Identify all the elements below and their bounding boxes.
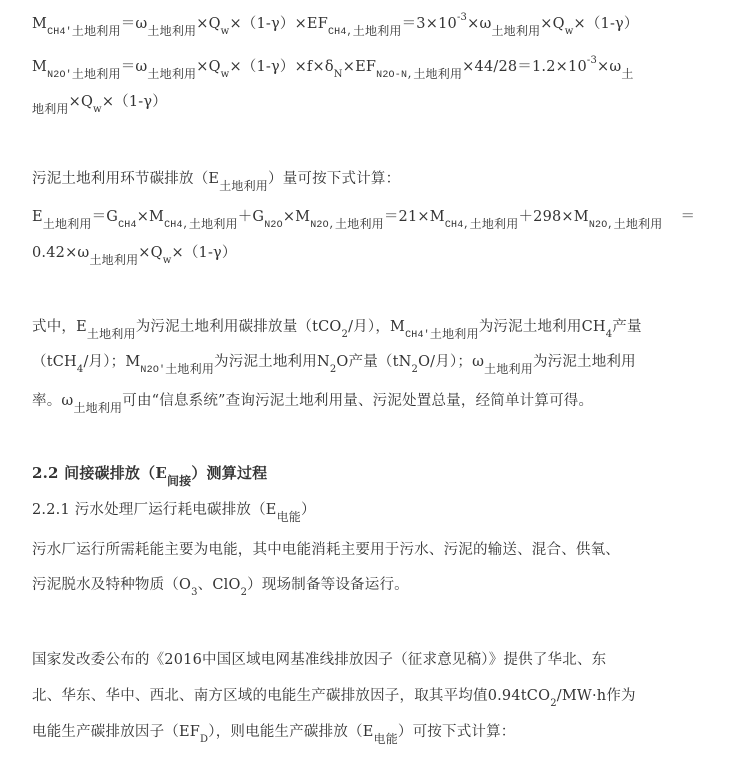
subscript: 土地利用: [189, 217, 238, 231]
paragraph-grid-factor-line-2: 北、华东、华中、西北、南方区域的电能生产碳排放因子，取其平均值0.94tCO2/…: [32, 686, 636, 706]
subscript: CH4: [118, 220, 137, 231]
subscript: N2O′: [140, 365, 165, 376]
text: ×（1-γ）: [573, 16, 638, 32]
text: ×（1-γ）×f×δ: [229, 59, 333, 75]
text: （tCH: [32, 354, 77, 370]
explanation-line-3: 率。ω土地利用可由“信息系统”查询污泥土地利用量、污泥处置总量，经简单计算可得。: [32, 391, 593, 411]
text: ×44/28＝1.2×10: [462, 59, 587, 75]
intro-land-use-emission: 污泥土地利用环节碳排放（E土地利用）量可按下式计算：: [32, 169, 400, 189]
subscript: 土地利用: [491, 24, 540, 38]
subscript: 土地利用: [87, 327, 136, 341]
text: ＝21×M: [384, 209, 445, 225]
text: 污泥脱水及特种物质（O: [32, 577, 191, 593]
subscript: 土地利用: [73, 401, 122, 415]
heading-text: 2.2 间接碳排放（E: [32, 464, 167, 482]
text: 为污泥土地利用N: [214, 354, 330, 370]
subscript: N2O,: [310, 220, 335, 231]
subscript: 4: [77, 364, 84, 375]
subscript: N2O-N,: [376, 70, 413, 81]
formula-e-land: E土地利用＝GCH4×MCH4,土地利用＋GN2O×MN2O,土地利用＝21×M…: [32, 207, 695, 227]
heading-text: 2.2.1 污水处理厂运行耗电碳排放（E: [32, 502, 277, 518]
subscript: 4: [606, 329, 613, 340]
formula-m-n2o: MN2O′土地利用＝ω土地利用×Qw×（1-γ）×f×δN×EFN2O-N,土地…: [32, 57, 634, 77]
subscript: 2: [550, 698, 557, 709]
text: ＋G: [238, 209, 264, 225]
text: ×M: [137, 209, 164, 225]
text: ×ω: [467, 16, 491, 32]
text: ×Q: [540, 16, 564, 32]
subscript: 土地利用: [165, 362, 214, 376]
subscript: 电能: [277, 510, 301, 524]
subscript: 土地利用: [147, 24, 196, 38]
subscript: CH4,: [445, 220, 470, 231]
heading-text: ）测算过程: [191, 464, 267, 482]
subscript: 地利用: [32, 102, 69, 116]
text: ），则电能生产碳排放（E: [208, 724, 373, 740]
subscript: 电能: [374, 732, 398, 746]
subscript: 2: [241, 587, 248, 598]
text: 为污泥土地利用CH: [479, 319, 606, 335]
paragraph-grid-factor-line-3: 电能生产碳排放因子（EFD），则电能生产碳排放（E电能）可按下式计算：: [32, 722, 516, 742]
paragraph-electricity-line-1: 污水厂运行所需耗能主要为电能，其中电能消耗主要用于污水、污泥的输送、混合、供氧、: [32, 540, 620, 560]
subscript: 土地利用: [353, 24, 402, 38]
text: 为污泥土地利用碳排放量（tCO: [136, 319, 342, 335]
text: 0.42×ω: [32, 245, 89, 261]
text: ×Q: [196, 16, 220, 32]
subscript: 土地利用: [72, 24, 121, 38]
text: ＝ω: [121, 59, 148, 75]
text: 为污泥土地利用: [533, 354, 636, 370]
text: 产量: [612, 319, 641, 335]
subscript: w: [163, 255, 172, 266]
text: ×M: [283, 209, 310, 225]
superscript: -3: [457, 12, 467, 23]
subscript: CH4,: [328, 27, 353, 38]
subscript: 土地利用: [335, 217, 384, 231]
subscript: 土地利用: [72, 67, 121, 81]
text: O产量（tN: [336, 354, 411, 370]
heading-text: ）: [301, 502, 316, 518]
subscript: 2: [330, 364, 337, 375]
text: ×（1-γ）: [102, 94, 167, 110]
subscript: CH4,: [164, 220, 189, 231]
subscript: 土地利用: [430, 327, 479, 341]
text: 污水厂运行所需耗能主要为电能，其中电能消耗主要用于污水、污泥的输送、混合、供氧、: [32, 542, 620, 558]
subscript: 土地利用: [89, 253, 138, 267]
text: 可由“信息系统”查询污泥土地利用量、污泥处置总量，经简单计算可得。: [122, 393, 593, 409]
text: ＝: [680, 209, 695, 225]
text: ＝G: [92, 209, 118, 225]
text: /MW·h作为: [557, 688, 636, 704]
superscript: -3: [587, 55, 597, 66]
text: ×EF: [343, 59, 376, 75]
subscript: D: [200, 734, 208, 745]
section-heading-2-2: 2.2 间接碳排放（E间接）测算过程: [32, 463, 267, 483]
subscript: 土地利用: [614, 217, 663, 231]
text: 式中，E: [32, 319, 87, 335]
explanation-line-1: 式中，E土地利用为污泥土地利用碳排放量（tCO2/月），MCH4′土地利用为污泥…: [32, 317, 642, 337]
text: /月）；M: [83, 354, 140, 370]
formula-m-n2o-cont: 地利用×Qw×（1-γ）: [32, 92, 167, 112]
subscript: 土地利用: [43, 217, 92, 231]
explanation-line-2: （tCH4/月）；MN2O′土地利用为污泥土地利用N2O产量（tN2O/月）；ω…: [32, 352, 636, 372]
text: ×Q: [196, 59, 220, 75]
subscript: w: [221, 69, 230, 80]
text: /月），M: [348, 319, 405, 335]
text: 污泥土地利用环节碳排放（E: [32, 171, 219, 187]
text: ×（1-γ）×EF: [229, 16, 328, 32]
text: 电能生产碳排放因子（EF: [32, 724, 200, 740]
text: ×Q: [69, 94, 93, 110]
paragraph-electricity-line-2: 污泥脱水及特种物质（O3、ClO2）现场制备等设备运行。: [32, 575, 409, 595]
text: ＝3×10: [402, 16, 457, 32]
text: O/月）；ω: [418, 354, 484, 370]
subscript: w: [93, 104, 102, 115]
symbol: E: [32, 209, 43, 225]
subscript: N: [334, 69, 343, 80]
subscript: 2: [412, 364, 419, 375]
text: ）现场制备等设备运行。: [247, 577, 409, 593]
text: 国家发改委公布的《2016中国区域电网基准线排放因子（征求意见稿）》提供了华北、…: [32, 652, 606, 668]
subscript: 3: [191, 587, 198, 598]
text: ×Q: [138, 245, 162, 261]
subscript: CH4′: [405, 330, 430, 341]
text: ×（1-γ）: [171, 245, 236, 261]
subscript: 土地利用: [219, 179, 268, 193]
subscript: w: [565, 26, 574, 37]
text: 北、华东、华中、西北、南方区域的电能生产碳排放因子，取其平均值0.94tCO: [32, 688, 550, 704]
subscript: N2O′: [47, 70, 72, 81]
formula-e-land-cont: 0.42×ω土地利用×Qw×（1-γ）: [32, 243, 237, 263]
subscript: 土地利用: [470, 217, 519, 231]
section-heading-2-2-1: 2.2.1 污水处理厂运行耗电碳排放（E电能）: [32, 500, 316, 520]
text: ×ω: [597, 59, 621, 75]
text: ）量可按下式计算：: [268, 171, 400, 187]
subscript: 土: [621, 67, 633, 81]
subscript: 间接: [167, 474, 191, 488]
subscript: 土地利用: [147, 67, 196, 81]
text: ＝ω: [121, 16, 148, 32]
subscript: 土地利用: [484, 362, 533, 376]
text: 率。ω: [32, 393, 73, 409]
subscript: CH4′: [47, 27, 72, 38]
subscript: N2O,: [589, 220, 614, 231]
symbol: M: [32, 16, 47, 32]
text: ）可按下式计算：: [398, 724, 516, 740]
formula-m-ch4: MCH4′土地利用＝ω土地利用×Qw×（1-γ）×EFCH4,土地利用＝3×10…: [32, 14, 639, 34]
text: ＋298×M: [518, 209, 588, 225]
subscript: 土地利用: [413, 67, 462, 81]
subscript: w: [221, 26, 230, 37]
subscript: 2: [342, 329, 349, 340]
subscript: N2O: [264, 220, 283, 231]
paragraph-grid-factor-line-1: 国家发改委公布的《2016中国区域电网基准线排放因子（征求意见稿）》提供了华北、…: [32, 650, 606, 670]
symbol: M: [32, 59, 47, 75]
text: 、ClO: [198, 577, 241, 593]
